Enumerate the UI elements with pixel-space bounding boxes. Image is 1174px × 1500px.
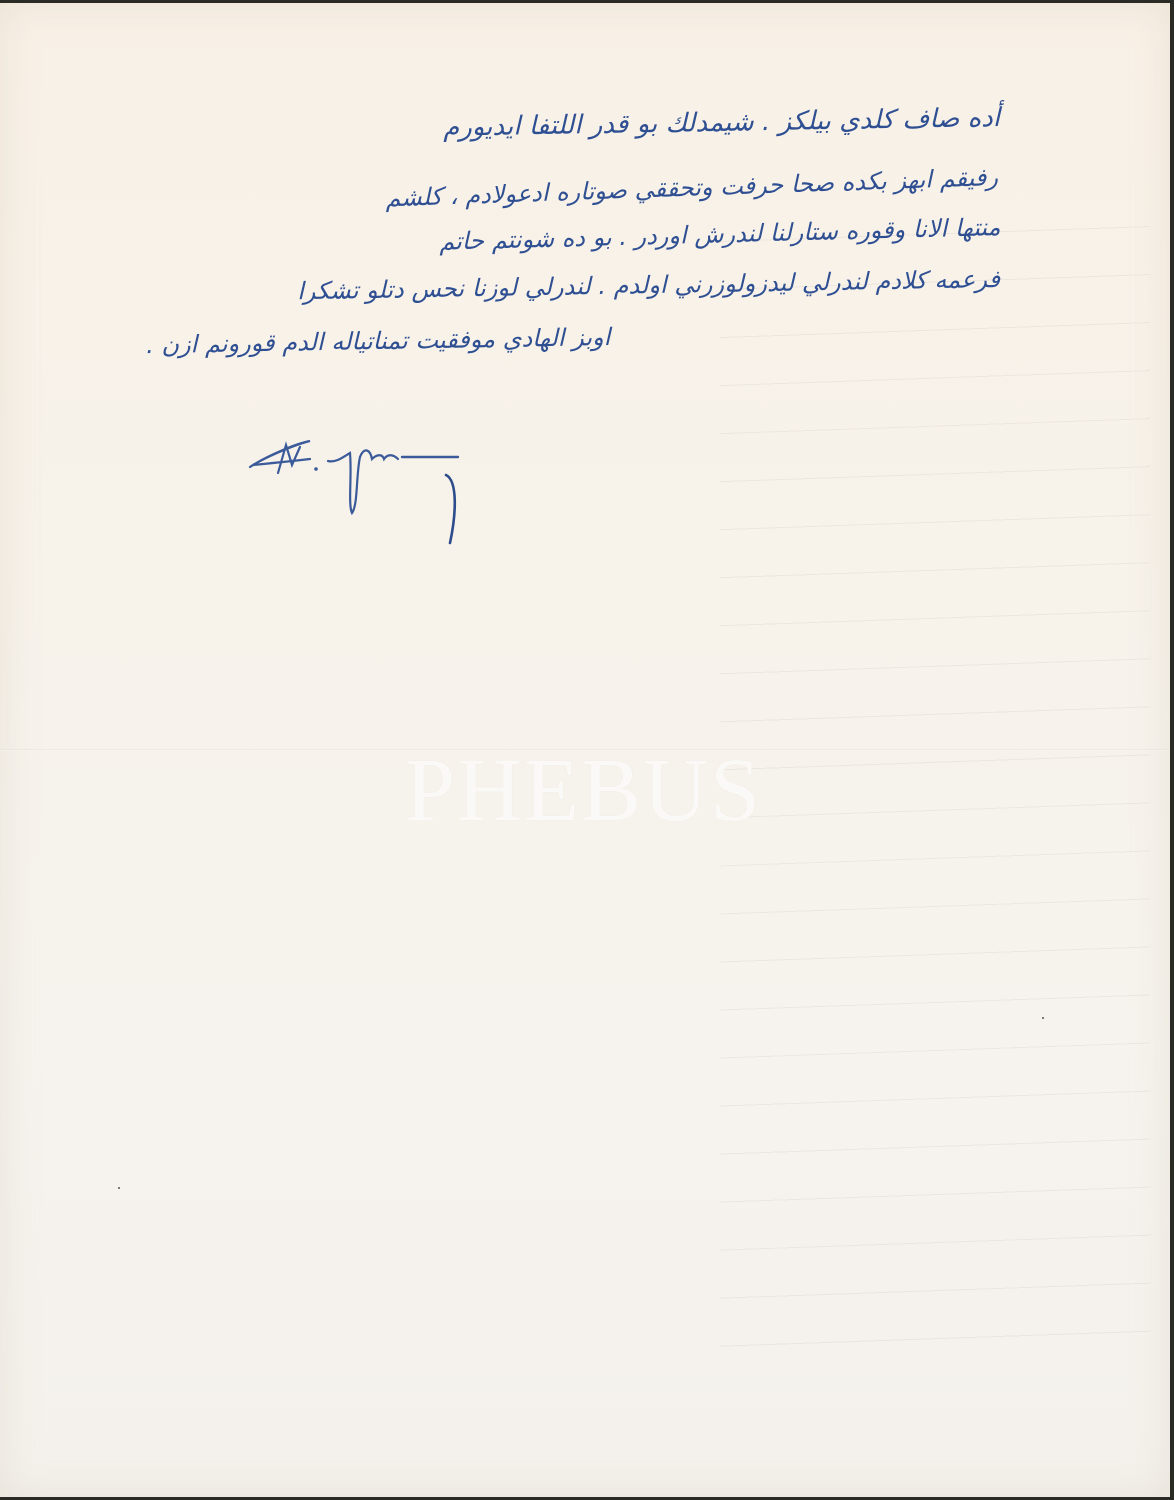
handwritten-line-1: أده صاف كلدي بيلكز . شيمدلك بو قدر اللتف… bbox=[443, 103, 1000, 143]
reverse-side-bleed-through bbox=[720, 203, 1150, 1353]
handwritten-line-5: اوبز الهادي موفقيت تمناتياله الدم قورونم… bbox=[146, 323, 611, 359]
signature-scribble-icon bbox=[248, 435, 488, 545]
signature: N. Ylanz bbox=[248, 435, 488, 545]
paper-speck bbox=[118, 1187, 120, 1189]
letter-page: أده صاف كلدي بيلكز . شيمدلك بو قدر اللتف… bbox=[0, 3, 1170, 1497]
paper-speck bbox=[1042, 1017, 1044, 1019]
watermark: PHEBUS bbox=[405, 739, 762, 842]
